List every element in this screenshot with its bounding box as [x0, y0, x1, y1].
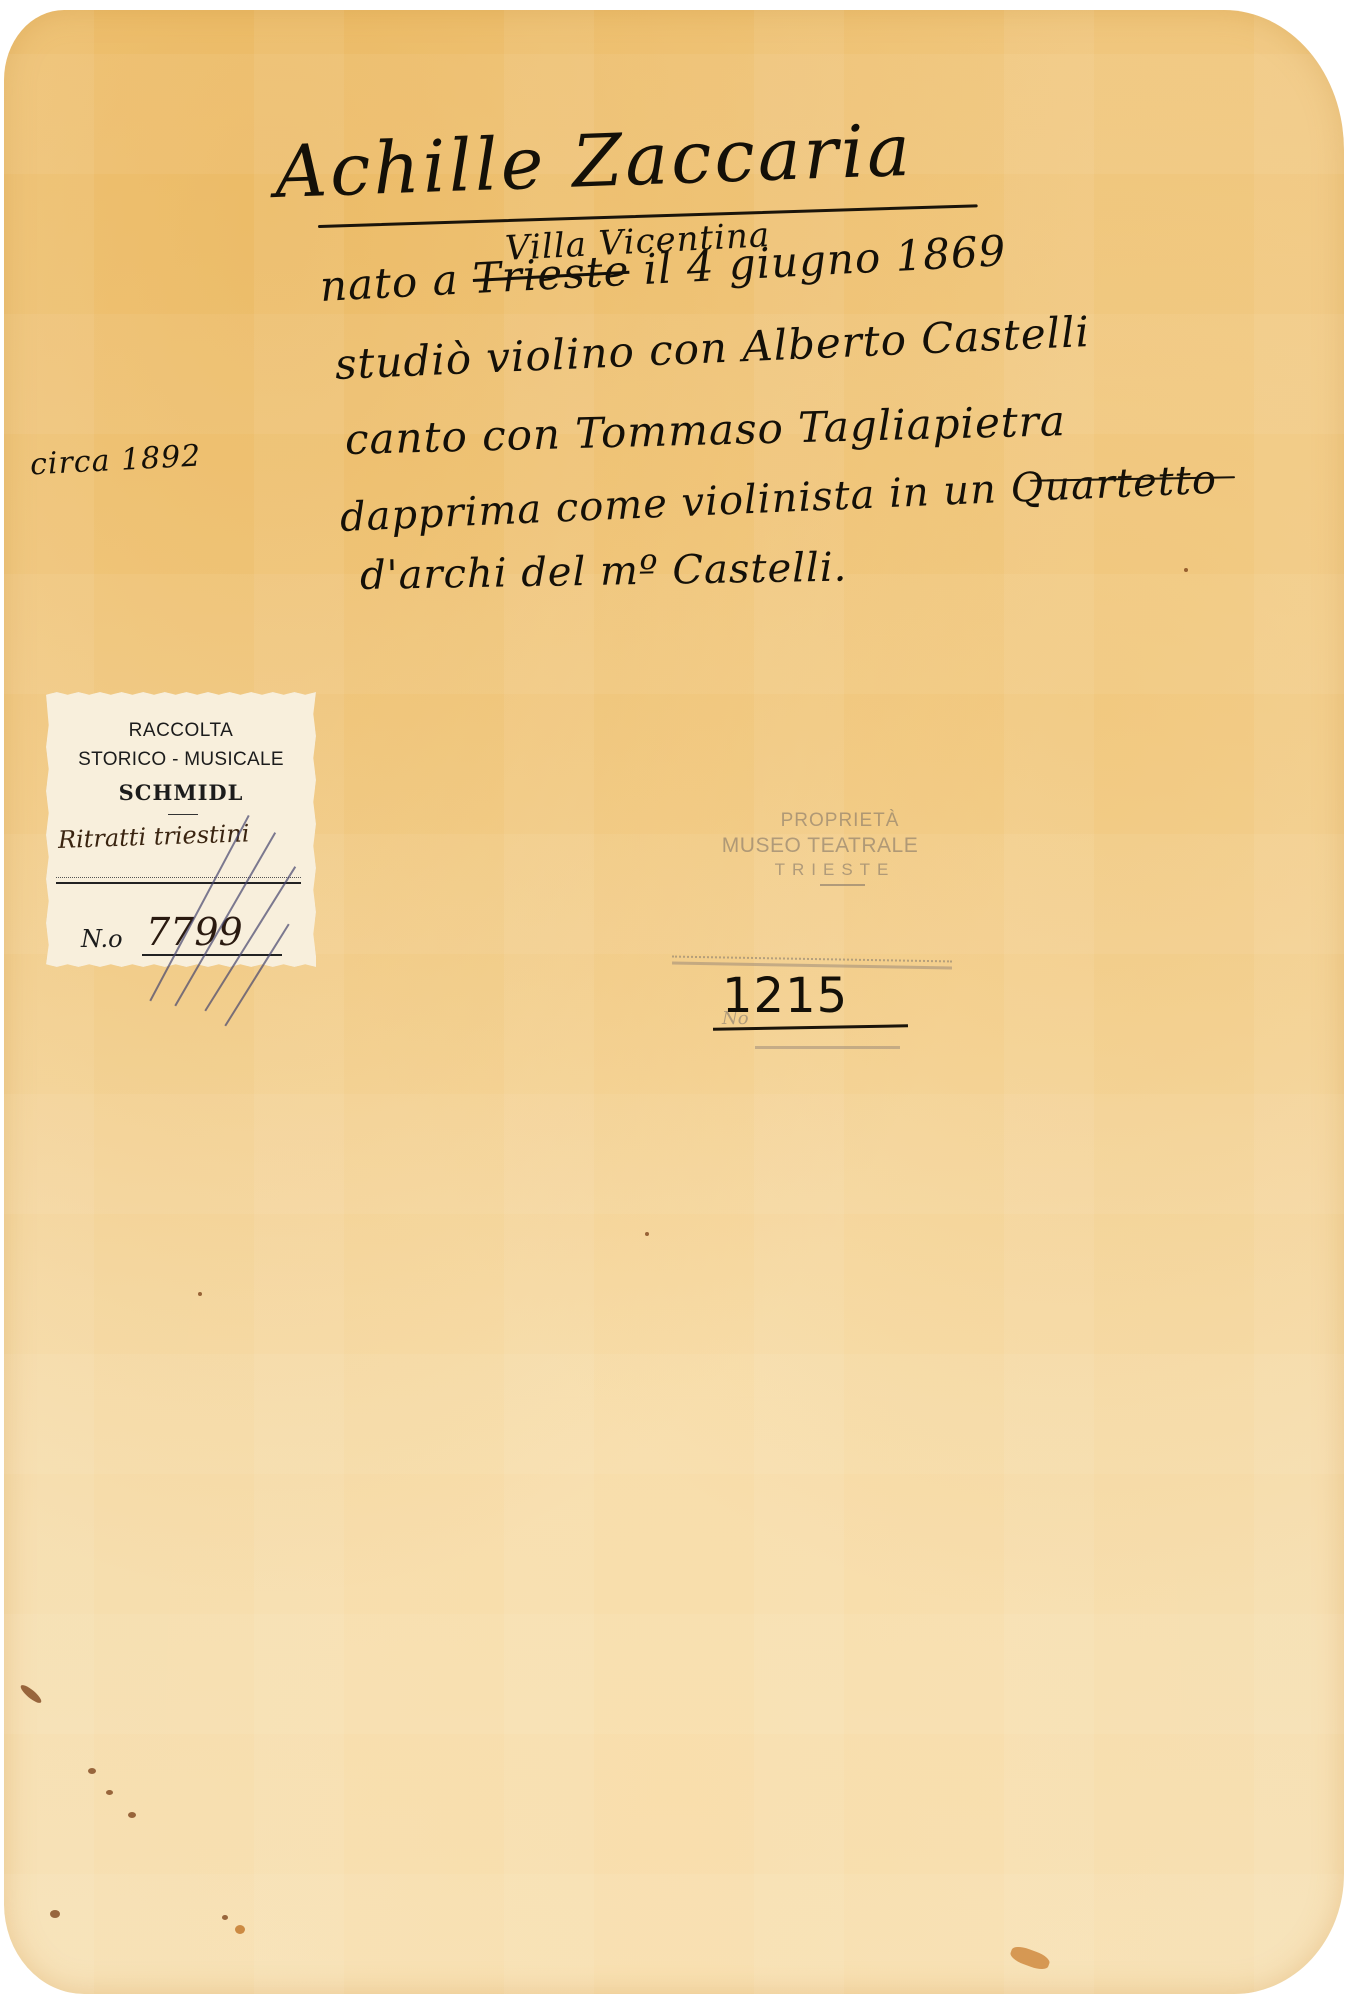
- inventory-number: 1215: [722, 968, 848, 1024]
- stamp-rule: [820, 884, 865, 886]
- foxing-stain: [1184, 568, 1188, 572]
- stamp-line-proprieta: PROPRIETÀ: [730, 810, 950, 832]
- career-line-2: d'archi del mº Castelli.: [360, 544, 848, 598]
- label-divider: [168, 814, 198, 815]
- label-line-raccolta: RACCOLTA: [46, 720, 316, 742]
- foxing-stain: [645, 1232, 649, 1236]
- label-category: Ritratti triestini: [58, 819, 250, 854]
- struck-birthplace: Trieste: [472, 246, 631, 303]
- foxing-stain: [106, 1790, 113, 1795]
- stamp-line-trieste: TRIESTE: [720, 860, 950, 880]
- foxing-stain: [50, 1910, 60, 1918]
- label-line-schmidl: SCHMIDL: [46, 780, 316, 805]
- label-rule: [56, 882, 301, 884]
- birth-prefix: nato a: [319, 255, 460, 311]
- label-dotted-rule: [56, 877, 301, 878]
- label-number-prefix: N.o: [81, 925, 123, 953]
- property-stamp: PROPRIETÀ MUSEO TEATRALE TRIESTE: [690, 810, 950, 886]
- label-line-storico-musicale: STORICO - MUSICALE: [46, 749, 316, 771]
- stamp-line-museo: MUSEO TEATRALE: [690, 834, 950, 858]
- foxing-stain: [128, 1812, 136, 1818]
- foxing-stain: [198, 1292, 202, 1296]
- inventory-bottom-rule: [755, 1046, 900, 1049]
- foxing-stain: [222, 1915, 228, 1920]
- foxing-stain: [235, 1925, 245, 1934]
- foxing-stain: [88, 1768, 96, 1774]
- paper-watermark-pattern: [4, 10, 1344, 1994]
- label-number-rule: [142, 954, 282, 956]
- photo-card-verso: [4, 10, 1344, 1994]
- collection-label: RACCOLTA STORICO - MUSICALE SCHMIDL Ritr…: [46, 692, 316, 967]
